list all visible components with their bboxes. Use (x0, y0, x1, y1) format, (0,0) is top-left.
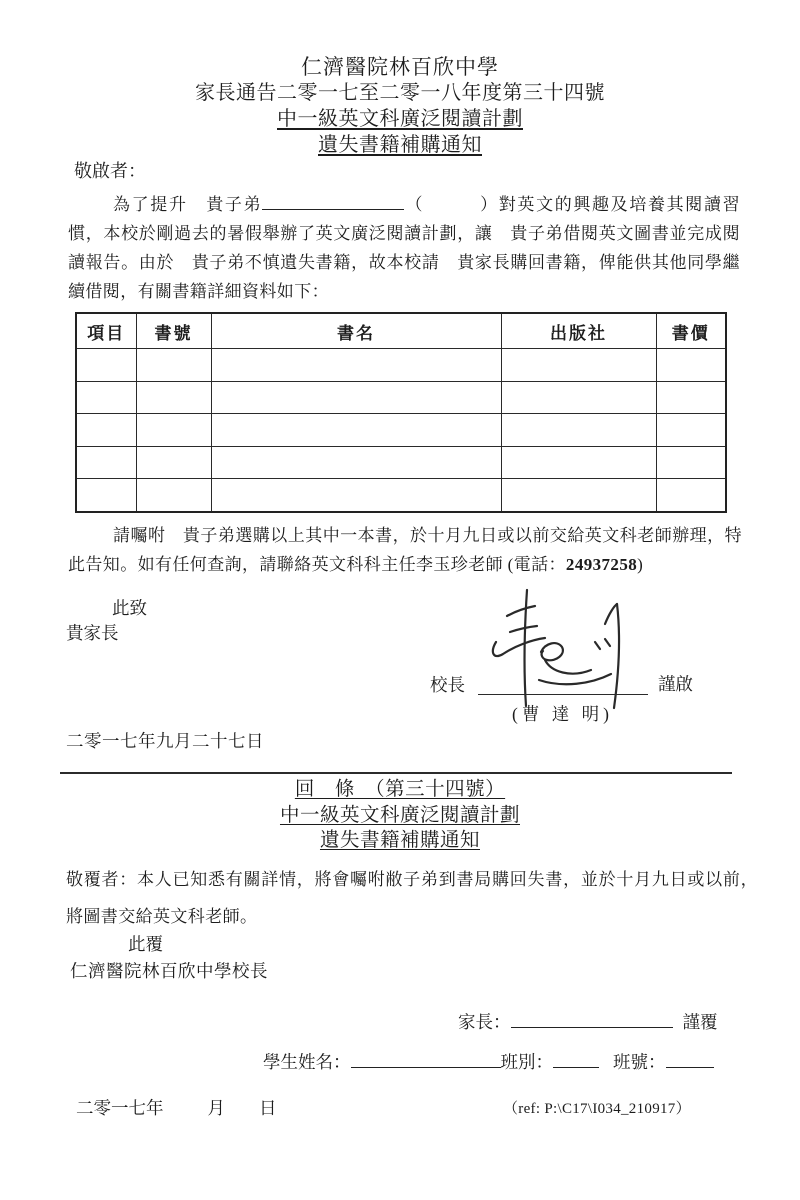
book-table: 項目 書號 書名 出版社 書價 (75, 312, 727, 513)
class-label: 班別： (501, 1052, 554, 1072)
reply-body-paragraph: 敬覆者：本人已知悉有關詳情，將會囑咐敝子弟到書局購回失書，並於十月九日或以前，將… (66, 861, 758, 935)
book-table-empty-cell (501, 479, 656, 512)
col-header-book-number: 書號 (136, 313, 211, 349)
book-table-empty-cell (656, 414, 726, 447)
intro-paragraph: 為了提升 貴子弟（ ）對英文的興趣及培養其閱讀習慣，本校於剛過去的暑假舉辦了英文… (68, 190, 740, 306)
student-name-label: 學生姓名： (263, 1052, 351, 1072)
book-table-empty-cell (656, 446, 726, 479)
book-table-empty-cell (136, 381, 211, 414)
reply-subject-title: 遺失書籍補購通知 (0, 828, 800, 854)
book-table-empty-row (76, 381, 726, 414)
col-header-item: 項目 (76, 313, 136, 349)
para2-close-paren: ) (637, 555, 643, 574)
book-table-empty-cell (136, 446, 211, 479)
book-table-empty-cell (656, 381, 726, 414)
reply-cifu: 此覆 (128, 931, 163, 956)
book-table-empty-cell (76, 446, 136, 479)
school-name: 仁濟醫院林百欣中學 (0, 54, 800, 80)
reply-addressee: 仁濟醫院林百欣中學校長 (70, 958, 268, 983)
notice-addressee: 貴家長 (66, 620, 119, 645)
notice-number-title: 家長通告二零一七至二零一八年度第三十四號 (0, 80, 800, 106)
book-table-empty-cell (211, 446, 501, 479)
instruction-paragraph: 請囑咐 貴子弟選購以上其中一本書，於十月九日或以前交給英文科老師辦理，特此告知。… (68, 521, 742, 579)
book-table-empty-cell (211, 381, 501, 414)
col-header-book-title: 書名 (211, 313, 501, 349)
class-number-label: 班號： (613, 1052, 666, 1072)
book-table-empty-row (76, 479, 726, 512)
subject-title: 遺失書籍補購通知 (0, 132, 800, 158)
class-number-blank-line (666, 1052, 714, 1068)
parent-signature-blank-line (511, 1012, 673, 1028)
book-table-empty-cell (76, 479, 136, 512)
programme-title: 中一級英文科廣泛閱讀計劃 (0, 106, 800, 132)
book-table-empty-cell (656, 349, 726, 382)
scanned-notice-page: 仁濟醫院林百欣中學 家長通告二零一七至二零一八年度第三十四號 中一級英文科廣泛閱… (0, 0, 800, 1200)
notice-date: 二零一七年九月二十七日 (66, 728, 264, 753)
book-table-empty-cell (136, 414, 211, 447)
book-table-empty-cell (501, 446, 656, 479)
notice-header: 仁濟醫院林百欣中學 家長通告二零一七至二零一八年度第三十四號 中一級英文科廣泛閱… (0, 54, 800, 158)
book-table-empty-cell (501, 381, 656, 414)
book-table-empty-cell (211, 414, 501, 447)
book-table-header-row: 項目 書號 書名 出版社 書價 (76, 313, 726, 349)
reply-date-month: 月 (208, 1098, 226, 1118)
book-table-empty-cell (76, 349, 136, 382)
book-table-empty-cell (136, 349, 211, 382)
contact-phone-number: 24937258 (566, 555, 637, 574)
student-name-blank-line (262, 194, 404, 210)
cut-divider-line (60, 772, 732, 774)
closing-cizhi: 此致 (112, 595, 147, 620)
parent-respectfully-label: 謹覆 (683, 1012, 718, 1032)
parent-label: 家長： (458, 1012, 511, 1032)
para1-bracket: （ ） (404, 195, 499, 214)
book-table-empty-row (76, 349, 726, 382)
book-table-empty-row (76, 414, 726, 447)
principal-label: 校長 (430, 672, 465, 697)
reply-date-year: 二零一七年 (76, 1098, 164, 1118)
respectfully-label: 謹啟 (658, 671, 693, 696)
para1-lead: 為了提升 貴子弟 (113, 195, 262, 214)
book-table-empty-cell (211, 349, 501, 382)
reply-date-day: 日 (259, 1098, 277, 1118)
book-table-empty-cell (136, 479, 211, 512)
book-table-empty-cell (656, 479, 726, 512)
reply-slip-title: 回 條 （第三十四號） (0, 777, 800, 803)
book-table-empty-cell (76, 381, 136, 414)
col-header-price: 書價 (656, 313, 726, 349)
book-table-empty-cell (211, 479, 501, 512)
book-table-empty-cell (76, 414, 136, 447)
col-header-publisher: 出版社 (501, 313, 656, 349)
principal-signature-icon (483, 582, 663, 717)
book-table-empty-cell (501, 349, 656, 382)
parent-signature-row: 家長：謹覆 (458, 1009, 718, 1034)
student-name-blank-line (351, 1052, 501, 1068)
reply-slip-header: 回 條 （第三十四號） 中一級英文科廣泛閱讀計劃 遺失書籍補購通知 (0, 777, 800, 854)
book-table-empty-cell (501, 414, 656, 447)
book-table-empty-row (76, 446, 726, 479)
file-reference: （ref: P:\C17\I034_210917） (503, 1097, 691, 1118)
book-table-body (76, 349, 726, 512)
class-blank-line (553, 1052, 599, 1068)
reply-programme-title: 中一級英文科廣泛閱讀計劃 (0, 803, 800, 829)
reply-date-row: 二零一七年月日 (76, 1095, 277, 1120)
salutation: 敬啟者： (74, 157, 146, 183)
student-info-row: 學生姓名：班別：班號： (263, 1049, 714, 1074)
